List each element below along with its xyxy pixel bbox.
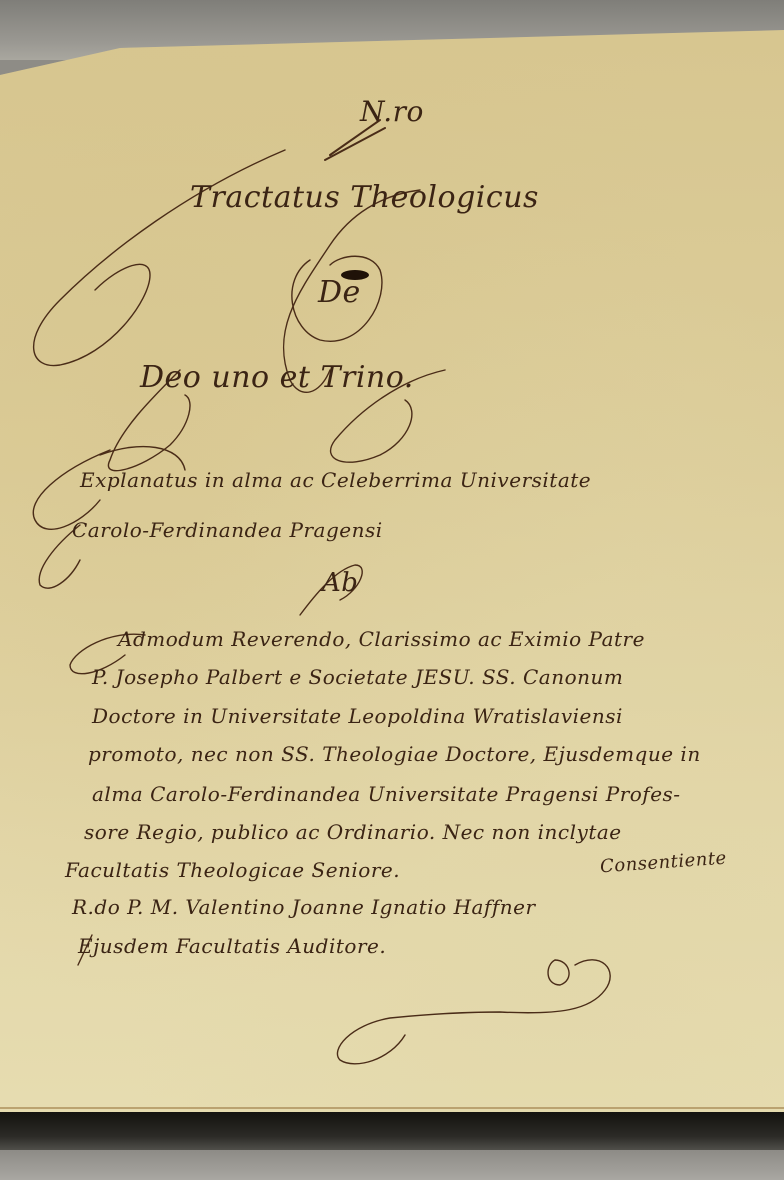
author-line-6: sore Regio, publico ac Ordinario. Nec no… <box>84 820 622 844</box>
author-line-4: promoto, nec non SS. Theologiae Doctore,… <box>88 742 701 766</box>
table-surface <box>0 1150 784 1180</box>
title-main: Tractatus Theologicus <box>190 180 539 215</box>
student-line-1: R.do P. M. Valentino Joanne Ignatio Haff… <box>72 895 536 919</box>
title-de: De <box>318 275 361 310</box>
body-line-2: Carolo-Ferdinandea Pragensi <box>72 518 383 542</box>
number-mark: N.ro <box>360 95 424 128</box>
author-line-2: P. Josepho Palbert e Societate JESU. SS.… <box>92 665 623 689</box>
author-line-7: Facultatis Theologicae Seniore. <box>65 858 400 882</box>
ab-heading: Ab <box>322 568 358 598</box>
body-line-1: Explanatus in alma ac Celeberrima Univer… <box>80 468 591 492</box>
author-line-3: Doctore in Universitate Leopoldina Wrati… <box>92 704 623 728</box>
page-bottom-edge <box>0 1107 784 1109</box>
title-subject: Deo uno et Trino. <box>140 360 414 395</box>
author-line-5: alma Carolo-Ferdinandea Universitate Pra… <box>92 782 681 806</box>
author-line-1: Admodum Reverendo, Clarissimo ac Eximio … <box>118 627 645 651</box>
page-shadow <box>0 1112 784 1152</box>
student-line-2: Ejusdem Facultatis Auditore. <box>78 934 386 958</box>
